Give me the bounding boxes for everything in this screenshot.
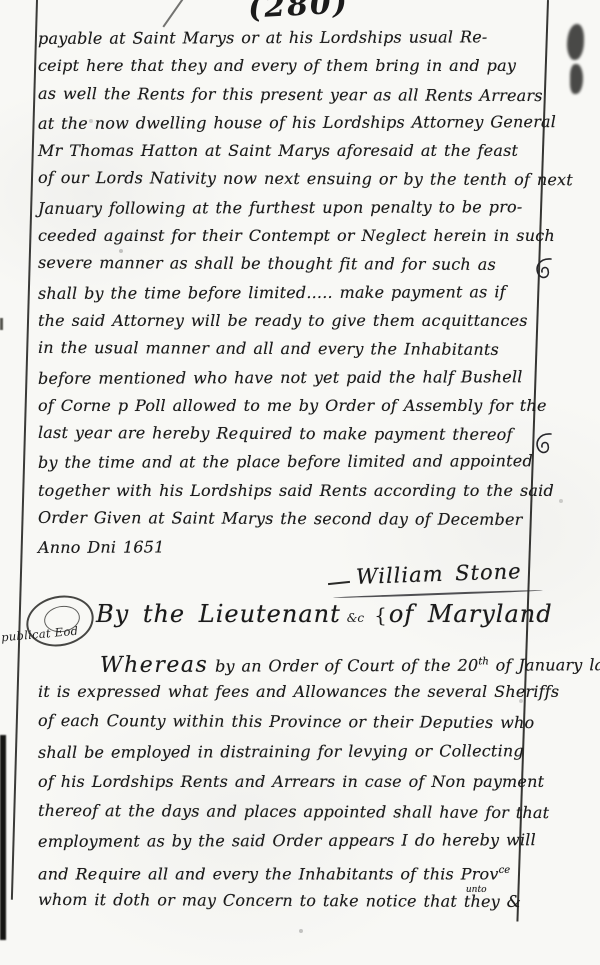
manuscript-line: Order Given at Saint Marys the second da… [38, 504, 550, 535]
scan-edge-mark [0, 318, 3, 330]
page-number: (280) [247, 0, 350, 26]
interlinear-insertion: unto [466, 876, 487, 906]
manuscript-line: of his Lordships Rents and Arrears in ca… [38, 767, 550, 797]
signature-dash [328, 580, 350, 584]
ink-smudge [567, 24, 584, 60]
manuscript-line: ceipt here that they and every of them b… [38, 52, 550, 80]
heading-brace: { [374, 603, 387, 627]
heading-lead: By the Lieutenant [96, 600, 341, 628]
manuscript-line: whom it doth or may Concern to take noti… [38, 885, 550, 917]
section-heading: By the Lieutenant&c{of Maryland [38, 600, 550, 648]
line-text: and Require all and every the Inhabitant… [38, 865, 499, 884]
second-paragraph: Whereas by an Order of Court of the 20th… [38, 648, 550, 916]
manuscript-line: at the now dwelling house of his Lordshi… [38, 108, 550, 138]
manuscript-line: ceeded against for their Contempt or Neg… [38, 222, 550, 250]
manuscript-line: January following at the furthest upon p… [38, 193, 550, 223]
line-text: of January last [489, 655, 600, 674]
manuscript-line: last year are hereby Required to make pa… [38, 419, 550, 450]
paragraph-lead-word: Whereas [100, 652, 208, 677]
manuscript-line: thereof at the days and places appointed… [38, 796, 550, 828]
manuscript-line: in the usual manner and all and every th… [38, 334, 550, 365]
signature-row: William Stone [38, 562, 550, 600]
interlinear-insertion-wrap: untothey & [464, 887, 521, 917]
manuscript-line: payable at Saint Marys or at his Lordshi… [38, 23, 550, 53]
scan-edge-shadow [0, 735, 6, 940]
manuscript-line-dateline: Anno Dni 1651 [38, 532, 550, 562]
manuscript-line: shall by the time before limited..... ma… [38, 278, 550, 308]
line-text: by an Order of Court of the 20 [208, 655, 478, 675]
manuscript-line: of our Lords Nativity now next ensuing o… [38, 164, 550, 195]
line-text: whom it doth or may Concern to take noti… [38, 890, 457, 911]
manuscript-line: Whereas by an Order of Court of the 20th… [38, 647, 550, 679]
manuscript-line: by the time and at the place before limi… [38, 448, 550, 478]
manuscript-line: before mentioned who have not yet paid t… [38, 363, 550, 393]
heading-etcetera: &c [347, 611, 364, 625]
abbreviation-superscript: ce [499, 865, 511, 876]
ordinal-superscript: th [478, 656, 489, 667]
manuscript-line: of each County within this Province or t… [38, 706, 550, 738]
manuscript-line: of Corne p Poll allowed to me by Order o… [38, 392, 550, 420]
signature: William Stone [356, 559, 522, 589]
manuscript-line: it is expressed what fees and Allowances… [38, 677, 550, 707]
manuscript-line: severe manner as shall be thought fit an… [38, 249, 550, 280]
left-margin-rule [11, 0, 38, 900]
manuscript-line: as well the Rents for this present year … [38, 79, 550, 110]
manuscript-line: shall be employed in distraining for lev… [38, 736, 550, 768]
manuscript-text-block: payable at Saint Marys or at his Lordshi… [38, 24, 550, 916]
ink-smudge [570, 64, 583, 94]
manuscript-line: employment as by the said Order appears … [38, 826, 550, 858]
manuscript-line: the said Attorney will be ready to give … [38, 307, 550, 335]
paper-specks [0, 0, 2, 2]
manuscript-line: Mr Thomas Hatton at Saint Marys aforesai… [38, 137, 550, 165]
manuscript-page-scan: (280) publicat Eod payable at Saint Mary… [0, 0, 600, 965]
heading-tail: of Maryland [389, 600, 553, 628]
signature-flourish-underline [333, 589, 543, 598]
manuscript-line: together with his Lordships said Rents a… [38, 477, 550, 505]
